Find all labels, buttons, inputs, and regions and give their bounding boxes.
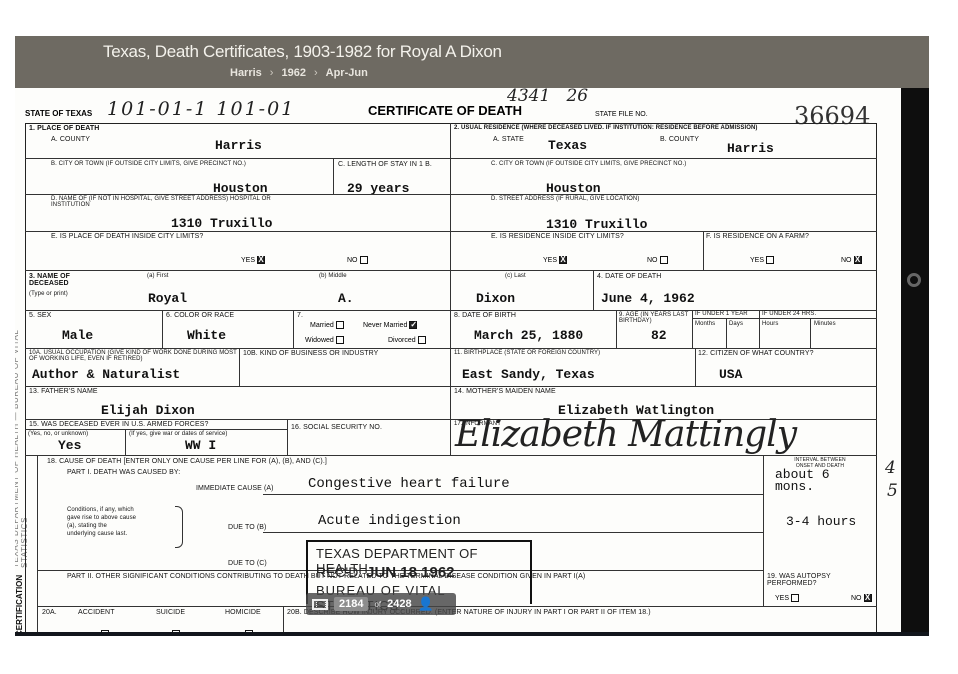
divorced-option: Divorced xyxy=(388,336,426,344)
checkbox-empty-icon xyxy=(418,336,426,344)
name-type-hint: (Type or print) xyxy=(29,291,68,297)
race-label: 6. COLOR OR RACE xyxy=(166,312,234,319)
residence-state: Texas xyxy=(548,138,587,153)
immediate-cause-label: IMMEDIATE CAUSE (a) xyxy=(196,485,274,492)
suicide-label: SUICIDE xyxy=(156,609,185,616)
brace-icon xyxy=(175,506,183,548)
state-label: STATE OF TEXAS xyxy=(25,109,92,118)
first-name-label: (a) First xyxy=(147,273,169,279)
middle-name: A. xyxy=(338,291,354,306)
margin-note-4: 4 xyxy=(885,458,896,478)
sex-value: Male xyxy=(62,328,93,343)
war-service: WW I xyxy=(185,438,216,453)
farm-label: f. IS RESIDENCE ON A FARM? xyxy=(706,233,809,240)
breadcrumb-separator-icon: › xyxy=(270,67,274,79)
never-married-option: Never Married✓ xyxy=(363,321,417,329)
stamp-line-2: REC'D. JUN 18 1962 xyxy=(316,564,455,581)
armed-forces-label: 15. WAS DECEASED EVER IN U.S. ARMED FORC… xyxy=(29,421,208,428)
top-handwritten-numbers: 4341 26 xyxy=(507,86,588,106)
minutes-label: Minutes xyxy=(814,321,836,327)
record-title: Texas, Death Certificates, 1903-1982 for… xyxy=(103,42,502,62)
due-c-label: DUE TO (c) xyxy=(228,560,267,567)
checkbox-checked-icon: X xyxy=(257,256,265,264)
checkbox-empty-icon xyxy=(660,256,668,264)
res-city-label: c. CITY OR TOWN (If outside city limits,… xyxy=(491,161,686,167)
sex-label: 5. SEX xyxy=(29,312,51,319)
age-label: 9. AGE (In years last birthday) xyxy=(619,312,689,324)
mother-label: 14. MOTHER'S MAIDEN NAME xyxy=(454,388,556,395)
father-label: 13. FATHER'S NAME xyxy=(29,388,98,395)
state-file-label: STATE FILE NO. xyxy=(595,111,648,118)
margin-note-5: 5 xyxy=(887,481,898,501)
inside-city-no: NO xyxy=(347,256,368,264)
under-24-label: IF UNDER 24 HRS. xyxy=(762,311,816,317)
part1-label: PART I. DEATH WAS CAUSED BY: xyxy=(67,469,180,476)
due-b-label: DUE TO (b) xyxy=(228,524,266,531)
pager-of-label: of xyxy=(374,600,381,609)
section-2-label: 2. USUAL RESIDENCE (Where deceased lived… xyxy=(454,125,874,131)
inside-city-yes: YESX xyxy=(241,256,265,264)
death-hospital-address: 1310 Truxillo xyxy=(171,216,272,231)
breadcrumb-separator-icon: › xyxy=(314,67,318,79)
under-1-year-label: IF UNDER 1 YEAR xyxy=(695,311,748,317)
checkbox-checked-icon: X xyxy=(864,594,872,602)
res-county-label: b. COUNTY xyxy=(660,136,699,143)
autopsy-no: NOX xyxy=(851,594,872,602)
occupation-label: 10a. USUAL OCCUPATION (Give kind of work… xyxy=(29,350,244,362)
race-value: White xyxy=(187,328,226,343)
first-name: Royal xyxy=(148,291,187,306)
checkbox-checked-icon: X xyxy=(854,256,862,264)
image-pager: 2184 of 2428 👤 xyxy=(306,593,456,615)
inside-city-label: e. IS PLACE OF DEATH INSIDE CITY LIMITS? xyxy=(51,233,203,240)
hours-label: Hours xyxy=(762,321,779,327)
breadcrumb-year[interactable]: 1962 xyxy=(281,67,305,79)
days-label: Days xyxy=(729,321,743,327)
breadcrumb: Harris › 1962 › Apr-Jun xyxy=(230,67,368,79)
breadcrumb-county[interactable]: Harris xyxy=(230,67,262,79)
state-code-handwritten: 101-01-1 101-01 xyxy=(107,98,295,120)
citizen-label: 12. CITIZEN OF WHAT COUNTRY? xyxy=(698,350,814,357)
married-option: Married xyxy=(310,321,344,329)
informant-signature: Elizabeth Mattingly xyxy=(455,414,796,455)
birthplace-label: 11. BIRTHPLACE (State or foreign country… xyxy=(454,350,600,356)
residence-street: 1310 Truxillo xyxy=(546,217,647,232)
birthplace-value: East Sandy, Texas xyxy=(462,367,595,382)
checkbox-empty-icon xyxy=(766,256,774,264)
checkbox-checked-icon: ✓ xyxy=(409,321,417,329)
injury-20a-label: 20a. xyxy=(42,609,57,616)
total-images: 2428 xyxy=(387,598,411,610)
checkbox-checked-icon: X xyxy=(559,256,567,264)
interval-a: about 6 mons. xyxy=(775,469,855,493)
city-label: b. CITY OR TOWN (If outside city limits,… xyxy=(51,161,246,167)
name-label: 3. NAME OF DECEASED xyxy=(29,273,83,287)
checkbox-empty-icon xyxy=(336,321,344,329)
record-viewer: Texas, Death Certificates, 1903-1982 for… xyxy=(15,36,929,636)
father-name: Elijah Dixon xyxy=(101,403,195,418)
marital-label: 7. xyxy=(297,312,303,319)
res-state-label: a. STATE xyxy=(493,136,524,143)
conditions-note: Conditions, if any, which gave rise to a… xyxy=(67,506,137,538)
checkbox-empty-icon xyxy=(336,336,344,344)
residence-county: Harris xyxy=(727,141,774,156)
section-1-label: 1. PLACE OF DEATH xyxy=(29,125,99,132)
immediate-cause: Congestive heart failure xyxy=(308,476,510,492)
age-value: 82 xyxy=(651,328,667,343)
cause-label: 18. CAUSE OF DEATH [Enter only one cause… xyxy=(47,458,327,465)
res-inside-yes: YESX xyxy=(543,256,567,264)
dob-label: 8. DATE OF BIRTH xyxy=(454,312,516,319)
viewer-bottom-bar xyxy=(15,632,929,636)
due-to-b: Acute indigestion xyxy=(318,513,461,529)
record-header: Texas, Death Certificates, 1903-1982 for… xyxy=(15,36,929,88)
res-inside-city-label: e. IS RESIDENCE INSIDE CITY LIMITS? xyxy=(491,233,624,240)
stay-label: c. LENGTH OF STAY in 1 b. xyxy=(338,161,438,168)
months-label: Months xyxy=(695,321,715,327)
middle-name-label: (b) Middle xyxy=(319,273,347,279)
widowed-option: Widowed xyxy=(305,336,344,344)
occupation-value: Author & Naturalist xyxy=(32,367,180,382)
filmstrip-icon[interactable] xyxy=(312,599,328,610)
res-street-label: d. STREET ADDRESS (If rural, give locati… xyxy=(491,196,639,202)
business-label: 10b. KIND OF BUSINESS OR INDUSTRY xyxy=(243,350,378,357)
armed-forces-value: Yes xyxy=(58,438,81,453)
date-of-death-label: 4. DATE OF DEATH xyxy=(597,273,661,280)
armed-yn-label: (Yes, no, or unknown) xyxy=(28,431,88,437)
checkbox-empty-icon xyxy=(791,594,799,602)
citizen-value: USA xyxy=(719,367,742,382)
current-image-input[interactable]: 2184 xyxy=(334,597,368,611)
scan-edge xyxy=(901,88,929,636)
date-of-death: June 4, 1962 xyxy=(601,291,695,306)
checkbox-empty-icon xyxy=(360,256,368,264)
interval-b: 3-4 hours xyxy=(786,514,856,529)
certificate-title: CERTIFICATE OF DEATH xyxy=(368,103,522,118)
farm-no: NOX xyxy=(841,256,862,264)
last-name: Dixon xyxy=(476,291,515,306)
certificate-image[interactable]: TEXAS DEPARTMENT OF HEALTH — BUREAU OF V… xyxy=(15,88,929,636)
autopsy-label: 19. WAS AUTOPSY PERFORMED? xyxy=(767,573,867,587)
farm-yes: YES xyxy=(750,256,774,264)
homicide-label: HOMICIDE xyxy=(225,609,261,616)
person-icon[interactable]: 👤 xyxy=(418,596,434,612)
death-county: Harris xyxy=(215,138,262,153)
accident-label: ACCIDENT xyxy=(78,609,115,616)
breadcrumb-quarter[interactable]: Apr-Jun xyxy=(326,67,368,79)
ssn-label: 16. SOCIAL SECURITY NO. xyxy=(291,424,382,431)
war-label: (If yes, give war or dates of service) xyxy=(129,431,228,437)
hospital-label: d. NAME OF (If not in hospital, give str… xyxy=(51,196,291,208)
date-of-birth: March 25, 1880 xyxy=(474,328,583,343)
autopsy-yes: YES xyxy=(775,594,799,602)
county-label: a. COUNTY xyxy=(51,136,90,143)
last-name-label: (c) Last xyxy=(505,273,526,279)
res-inside-no: NO xyxy=(647,256,668,264)
